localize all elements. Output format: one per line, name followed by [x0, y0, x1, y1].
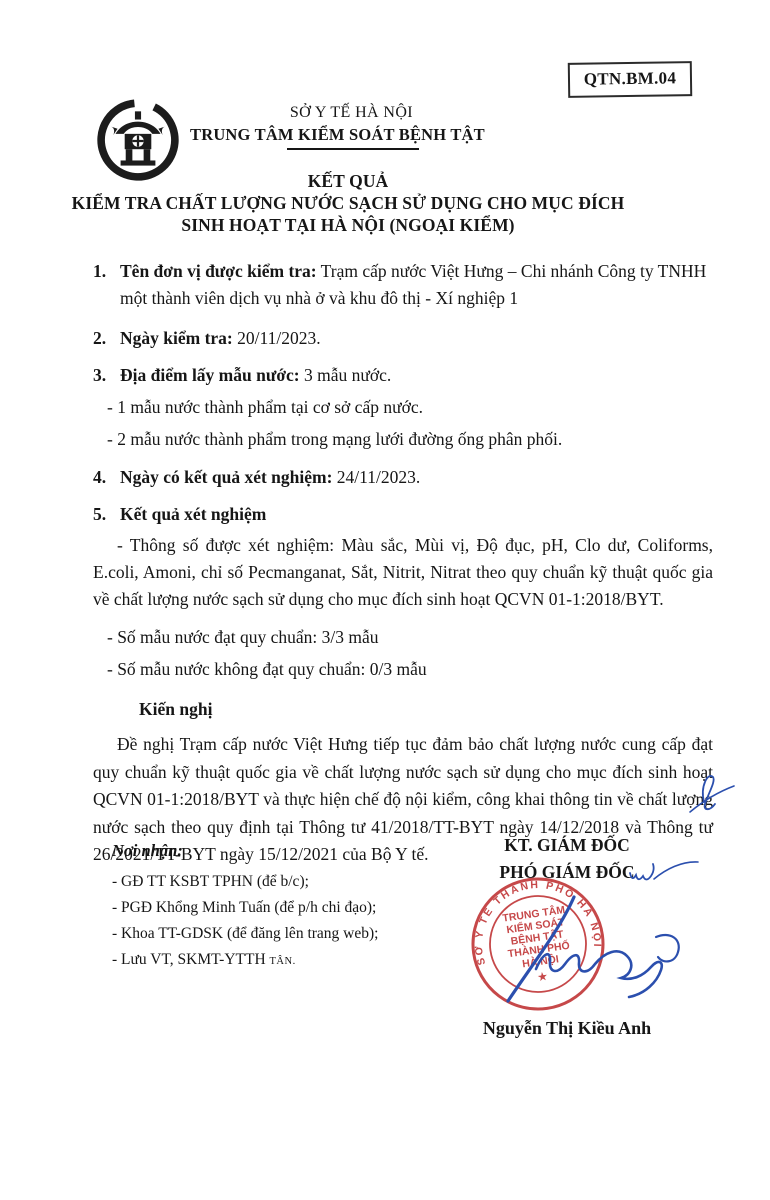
tested-parameters-paragraph: - Thông số được xét nghiệm: Màu sắc, Mùi…	[93, 532, 713, 613]
item-value: 20/11/2023.	[233, 328, 321, 348]
list-item: 1. Tên đơn vị được kiểm tra: Trạm cấp nư…	[93, 258, 713, 312]
document-page: QTN.BM.04 SỞ Y TẾ HÀ NỘI TRUNG TÂM KIỂM …	[0, 0, 770, 1200]
item-number: 3.	[93, 362, 120, 389]
form-code-box: QTN.BM.04	[568, 61, 692, 98]
recipients-heading: Nơi nhận:	[112, 838, 452, 864]
signer-name: Nguyễn Thị Kiều Anh	[447, 1018, 687, 1039]
pass-count-line: - Số mẫu nước đạt quy chuẩn: 3/3 mẫu	[107, 623, 713, 652]
sample-subline: - 1 mẫu nước thành phẩm tại cơ sở cấp nư…	[107, 393, 713, 422]
item-number: 1.	[93, 258, 120, 312]
title-line-2: KIỂM TRA CHẤT LƯỢNG NƯỚC SẠCH SỬ DỤNG CH…	[0, 192, 696, 214]
item-label: Kết quả xét nghiệm	[120, 504, 266, 524]
list-item: 5. Kết quả xét nghiệm	[93, 501, 713, 528]
item-value: 3 mẫu nước.	[300, 365, 392, 385]
handwritten-initial-mark-icon	[686, 768, 740, 816]
item-number: 4.	[93, 464, 120, 491]
recipient-line: - Khoa TT-GDSK (để đăng lên trang web);	[112, 921, 452, 947]
parent-agency-name: SỞ Y TẾ HÀ NỘI	[204, 104, 499, 122]
recipient-line: - GĐ TT KSBT TPHN (để b/c);	[112, 869, 452, 895]
title-line-1: KẾT QUẢ	[0, 170, 696, 192]
recipient-line: - PGĐ Khổng Minh Tuấn (để p/h chi đạo);	[112, 895, 452, 921]
item-value: 24/11/2023.	[332, 467, 420, 487]
document-title: KẾT QUẢ KIỂM TRA CHẤT LƯỢNG NƯỚC SẠCH SỬ…	[0, 170, 696, 236]
agency-name: TRUNG TÂM KIỂM SOÁT BỆNH TẬT	[190, 125, 485, 145]
fail-count-line: - Số mẫu nước không đạt quy chuẩn: 0/3 m…	[107, 655, 713, 684]
document-body: 1. Tên đơn vị được kiểm tra: Trạm cấp nư…	[93, 258, 713, 869]
recipient-line-suffix: TÂN.	[270, 956, 296, 967]
item-label: Ngày kiểm tra:	[120, 328, 233, 348]
item-number: 5.	[93, 501, 120, 528]
recipient-line: - Lưu VT, SKMT-YTTH TÂN.	[112, 947, 452, 975]
recipients-block: Nơi nhận: - GĐ TT KSBT TPHN (để b/c); - …	[112, 838, 452, 975]
org-names: SỞ Y TẾ HÀ NỘI TRUNG TÂM KIỂM SOÁT BỆNH …	[190, 96, 485, 150]
recipient-line-text: - Lưu VT, SKMT-YTTH	[112, 951, 266, 968]
item-number: 2.	[93, 325, 120, 352]
list-item: 2. Ngày kiểm tra: 20/11/2023.	[93, 325, 713, 352]
agency-underline	[287, 148, 419, 150]
item-label: Ngày có kết quả xét nghiệm:	[120, 467, 332, 487]
item-label: Địa điểm lấy mẫu nước:	[120, 365, 300, 385]
item-label: Tên đơn vị được kiểm tra:	[120, 261, 317, 281]
sample-subline: - 2 mẫu nước thành phẩm trong mạng lưới …	[107, 425, 713, 454]
recommendation-heading: Kiến nghị	[139, 696, 713, 723]
handwritten-signature-icon	[470, 853, 715, 1013]
list-item: 3. Địa điểm lấy mẫu nước: 3 mẫu nước.	[93, 362, 713, 389]
title-line-3: SINH HOẠT TẠI HÀ NỘI (NGOẠI KIỂM)	[0, 214, 696, 236]
list-item: 4. Ngày có kết quả xét nghiệm: 24/11/202…	[93, 464, 713, 491]
